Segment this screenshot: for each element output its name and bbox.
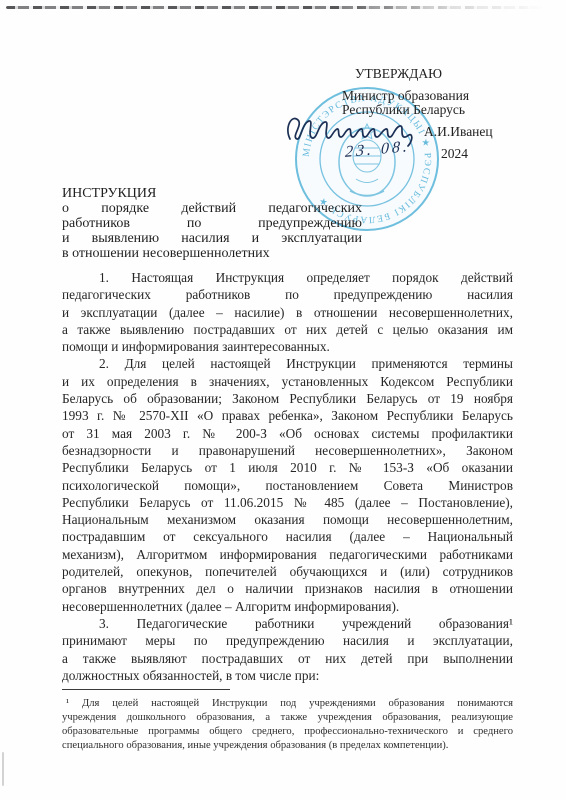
text-line: родителей, опекунов, попечителей обучающ… — [62, 563, 513, 580]
footnote-line: специального образования, иные учреждени… — [62, 739, 513, 753]
text-line: 3. Педагогические работники учреждений о… — [62, 615, 513, 632]
signer-name: А.И.Иванец — [424, 124, 493, 140]
text-line: а также выявлению пострадавших от них де… — [62, 321, 513, 338]
text-line: безнадзорности и правонарушений несоверш… — [62, 442, 513, 459]
text-line: пострадавшим от сексуального насилия (да… — [62, 528, 513, 545]
title-line: ИНСТРУКЦИЯ — [62, 186, 362, 201]
text-line: Республики Беларусь от 11.06.2015 № 485 … — [62, 494, 513, 511]
title-line: работников по предупреждению — [62, 216, 362, 231]
text-line: а также выявляют пострадавших от них дет… — [62, 650, 513, 667]
text-line: несовершеннолетних (далее – Алгоритм инф… — [62, 598, 513, 615]
approve-label: УТВЕРЖДАЮ — [355, 66, 442, 82]
text-line: 1. Настоящая Инструкция определяет поряд… — [62, 269, 513, 286]
text-line: 2. Для целей настоящей Инструкции примен… — [62, 355, 513, 372]
title-line: и выявлению насилия и эксплуатации — [62, 231, 362, 246]
text-line: от 31 мая 2003 г. № 200-З «Об основах си… — [62, 425, 513, 442]
paragraph-1: 1. Настоящая Инструкция определяет поряд… — [62, 269, 513, 355]
text-line: и их определения в значениях, установлен… — [62, 373, 513, 390]
footnote-separator — [62, 689, 230, 690]
document-body: 1. Настоящая Инструкция определяет поряд… — [62, 269, 513, 684]
text-line: органов внутренних дел о наличии признак… — [62, 580, 513, 597]
footnote-line: образовательные программы общего среднег… — [62, 725, 513, 739]
text-line: и эксплуатации (далее – насилие) в отнош… — [62, 304, 513, 321]
text-line: принимают меры по предупреждению насилия… — [62, 632, 513, 649]
text-line: Национальным механизмом оказания помощи … — [62, 511, 513, 528]
scan-artifact-top-edge — [6, 6, 546, 9]
scan-artifact-left-edge — [2, 752, 4, 786]
footnote-line: ¹ Для целей настоящей Инструкции под учр… — [62, 697, 513, 711]
footnote-line: учреждения дошкольного образования, а та… — [62, 711, 513, 725]
scanned-document-page: МІНІСТЭРСТВА АДУКАЦЫІ ★ РЭСПУБЛІКІ БЕЛАР… — [0, 0, 566, 800]
text-line: механизм), Алгоритмом информирования пед… — [62, 546, 513, 563]
text-line: помощи и информирования заинтересованных… — [62, 338, 513, 355]
text-line: психологической помощи», постановлением … — [62, 477, 513, 494]
paragraph-3: 3. Педагогические работники учреждений о… — [62, 615, 513, 684]
title-line: о порядке действий педагогических — [62, 201, 362, 216]
text-line: педагогических работников по предупрежде… — [62, 286, 513, 303]
text-line: Беларусь об образовании; Законом Республ… — [62, 390, 513, 407]
document-title: ИНСТРУКЦИЯо порядке действий педагогичес… — [62, 186, 362, 261]
text-line: Республики Беларусь от 1 июля 2010 г. № … — [62, 459, 513, 476]
footnote: ¹ Для целей настоящей Инструкции под учр… — [62, 697, 513, 753]
text-line: должностных обязанностей, в том числе пр… — [62, 667, 513, 684]
text-line: 1993 г. № 2570-XII «О правах ребенка», З… — [62, 407, 513, 424]
paragraph-2: 2. Для целей настоящей Инструкции примен… — [62, 355, 513, 614]
title-line: в отношении несовершеннолетних — [62, 246, 362, 261]
date-year: 2024 — [441, 146, 468, 162]
